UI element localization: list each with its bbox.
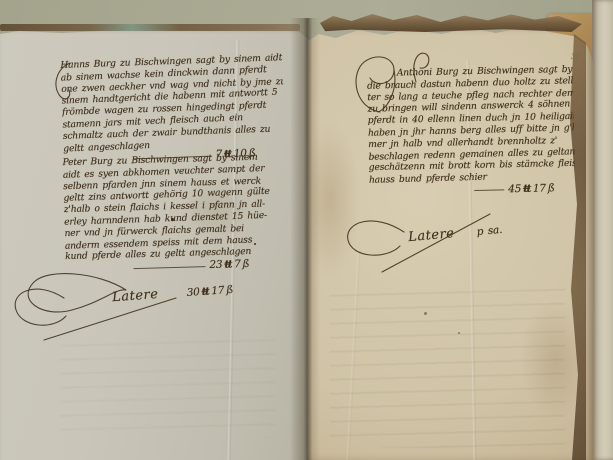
- schilling-sign: ß: [548, 182, 555, 194]
- ledger-entry: Anthoni Burg zu Bischwingen sagt by sine…: [367, 64, 576, 199]
- ink-bleedthrough: [330, 288, 565, 448]
- entry-lines: Anthoni Burg zu Bischwingen sagt by sine…: [367, 64, 575, 186]
- entry-lines: Peter Burg zu Bischwingen sagt by sinema…: [62, 151, 287, 263]
- entry-lines: Hanns Burg zu Bischwingen sagt by sinem …: [60, 52, 285, 154]
- amount-value: 45tt17ß: [508, 183, 555, 196]
- ink-bleedthrough: [60, 338, 275, 438]
- folio-number: 32: [571, 53, 580, 61]
- amount-value: 30tt17ß: [186, 284, 233, 299]
- latere-label: Latere: [112, 287, 159, 305]
- ink-speck: [424, 312, 427, 315]
- latere-note: p sa.: [476, 224, 502, 238]
- page-stack-edge: [592, 0, 613, 460]
- left-page-top-edge: [0, 24, 300, 31]
- pound-sign: tt: [201, 286, 209, 298]
- ledger-entry: Peter Burg zu Bischwingen sagt by sinema…: [62, 151, 287, 276]
- schilling-sign: ß: [226, 284, 234, 296]
- sum-rule: [474, 190, 504, 192]
- manuscript-photo: 32 Hanns Burg zu Bischwingen sagt by sin…: [0, 0, 613, 460]
- ledger-entry: Hanns Burg zu Bischwingen sagt by sinem …: [60, 52, 286, 167]
- pound-sign: tt: [523, 183, 530, 195]
- ink-speck: [458, 332, 460, 334]
- right-page-deckle-edge: [320, 12, 582, 32]
